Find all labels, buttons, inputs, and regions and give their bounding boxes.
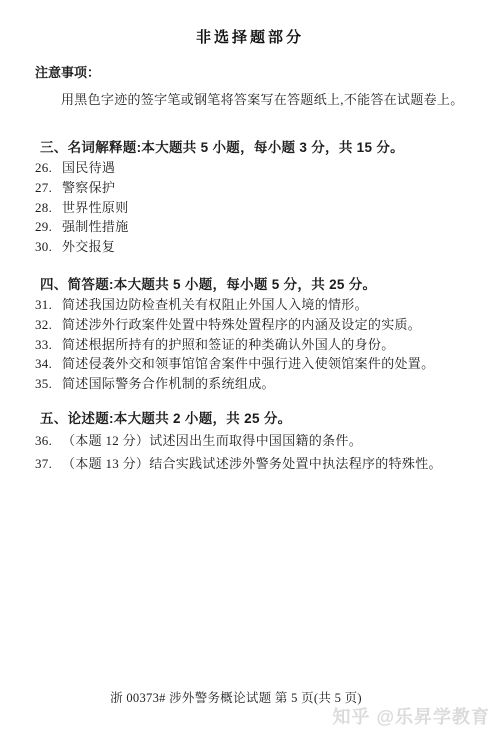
notice-label: 注意事项： <box>35 62 500 81</box>
question-number: 33. <box>35 335 62 355</box>
question-row: 26.国民待遇 <box>0 158 500 178</box>
question-row: 32.简述涉外行政案件处置中特殊处置程序的内涵及设定的实质。 <box>0 315 500 335</box>
question-row: 29.强制性措施 <box>0 217 500 237</box>
question-number: 34. <box>35 354 62 374</box>
question-number: 27. <box>35 178 62 198</box>
question-number: 37. <box>35 452 62 475</box>
question-text: 国民待遇 <box>62 160 115 175</box>
question-text: 强制性措施 <box>62 219 129 234</box>
section-heading: 三、名词解释题:本大题共 5 小题，每小题 3 分，共 15 分。 <box>0 138 500 158</box>
question-number: 29. <box>35 217 62 237</box>
page-title: 非选择题部分 <box>0 0 500 47</box>
question-number: 26. <box>35 158 62 178</box>
question-row: 36.（本题 12 分）试述因出生而取得中国国籍的条件。 <box>0 429 500 452</box>
question-number: 36. <box>35 429 62 452</box>
question-row: 31.简述我国边防检查机关有权阻止外国人入境的情形。 <box>0 295 500 315</box>
question-number: 31. <box>35 295 62 315</box>
question-row: 28.世界性原则 <box>0 198 500 218</box>
question-row: 34.简述侵袭外交和领事馆馆舍案件中强行进入使领馆案件的处置。 <box>0 354 500 374</box>
question-row: 37.（本题 13 分）结合实践试述涉外警务处置中执法程序的特殊性。 <box>0 452 500 475</box>
question-row: 27.警察保护 <box>0 178 500 198</box>
question-text: 简述根据所持有的护照和签证的种类确认外国人的身份。 <box>62 337 395 352</box>
question-number: 35. <box>35 374 62 394</box>
question-text: 简述我国边防检查机关有权阻止外国人入境的情形。 <box>62 297 368 312</box>
question-number: 28. <box>35 198 62 218</box>
section-heading: 四、简答题:本大题共 5 小题，每小题 5 分，共 25 分。 <box>0 275 500 295</box>
question-text: （本题 12 分）试述因出生而取得中国国籍的条件。 <box>62 433 362 448</box>
section-heading: 五、论述题:本大题共 2 小题，共 25 分。 <box>0 409 500 429</box>
question-text: 简述国际警务合作机制的系统组成。 <box>62 376 275 391</box>
question-text: （本题 13 分）结合实践试述涉外警务处置中执法程序的特殊性。 <box>62 456 442 471</box>
question-text: 简述涉外行政案件处置中特殊处置程序的内涵及设定的实质。 <box>62 317 421 332</box>
question-row: 33.简述根据所持有的护照和签证的种类确认外国人的身份。 <box>0 335 500 355</box>
question-text: 警察保护 <box>62 180 115 195</box>
question-number: 30. <box>35 237 62 257</box>
section-essay: 五、论述题:本大题共 2 小题，共 25 分。 36.（本题 12 分）试述因出… <box>0 409 500 475</box>
notice-text: 用黑色字迹的签字笔或钢笔将答案写在答题纸上,不能答在试题卷上。 <box>61 89 500 108</box>
section-term-definitions: 三、名词解释题:本大题共 5 小题，每小题 3 分，共 15 分。 26.国民待… <box>0 138 500 257</box>
question-number: 32. <box>35 315 62 335</box>
question-text: 世界性原则 <box>62 200 129 215</box>
question-row: 30.外交报复 <box>0 237 500 257</box>
watermark: 知乎 @乐昇学教育 <box>332 703 490 729</box>
section-short-answer: 四、简答题:本大题共 5 小题，每小题 5 分，共 25 分。 31.简述我国边… <box>0 275 500 394</box>
question-text: 简述侵袭外交和领事馆馆舍案件中强行进入使领馆案件的处置。 <box>62 356 434 371</box>
exam-page: 非选择题部分 注意事项： 用黑色字迹的签字笔或钢笔将答案写在答题纸上,不能答在试… <box>0 0 500 738</box>
question-text: 外交报复 <box>62 239 115 254</box>
question-row: 35.简述国际警务合作机制的系统组成。 <box>0 374 500 394</box>
